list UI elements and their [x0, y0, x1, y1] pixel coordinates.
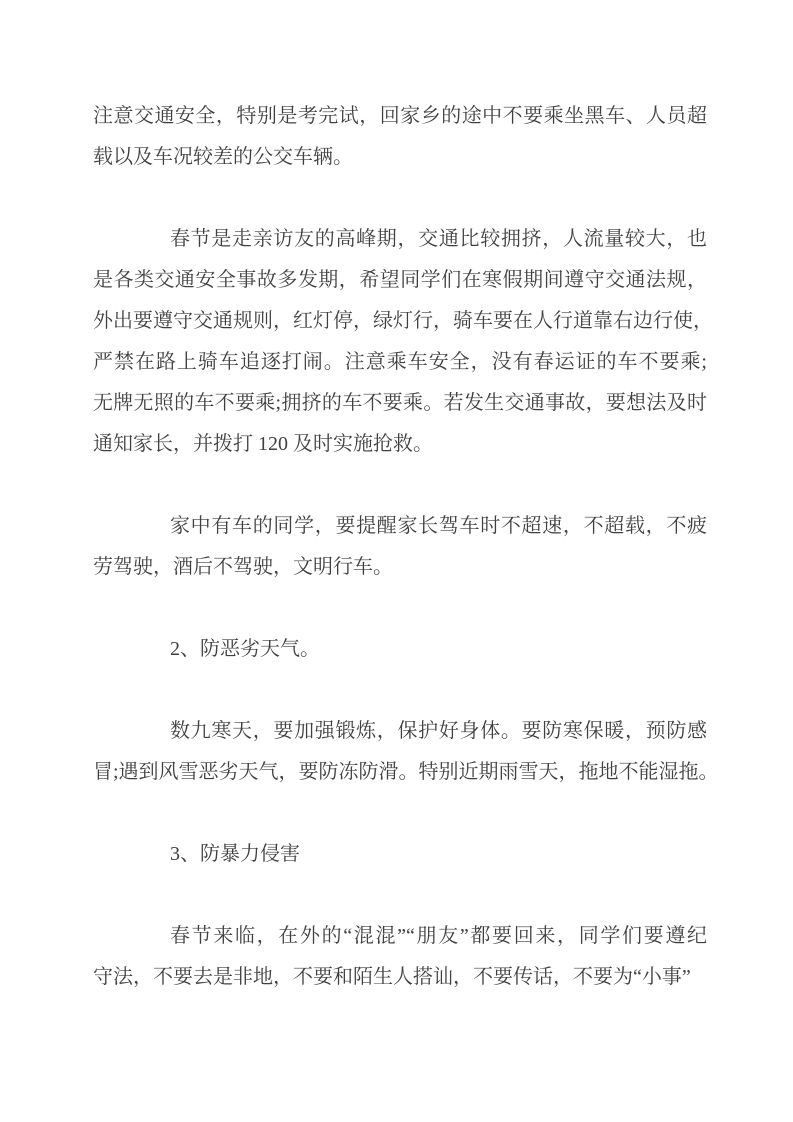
paragraph: 数九寒天，要加强锻炼，保护好身体。要防寒保暖，预防感冒;遇到风雪恶劣天气，要防冻… — [93, 711, 707, 793]
paragraph: 家中有车的同学，要提醒家长驾车时不超速，不超载，不疲劳驾驶，酒后不驾驶，文明行车… — [93, 506, 707, 588]
document-body: 注意交通安全，特别是考完试，回家乡的途中不要乘坐黑车、人员超载以及车况较差的公交… — [0, 0, 793, 998]
text-line: 劳驾驶，酒后不驾驶，文明行车。 — [93, 547, 707, 588]
text-line: 守法，不要去是非地，不要和陌生人搭讪，不要传话，不要为“小事” — [93, 957, 707, 998]
paragraph: 春节是走亲访友的高峰期，交通比较拥挤，人流量较大，也是各类交通安全事故多发期，希… — [93, 219, 707, 465]
paragraph: 春节来临，在外的“混混”“朋友”都要回来，同学们要遵纪守法，不要去是非地，不要和… — [93, 916, 707, 998]
paragraph: 注意交通安全，特别是考完试，回家乡的途中不要乘坐黑车、人员超载以及车况较差的公交… — [93, 96, 707, 178]
text-line: 无牌无照的车不要乘;拥挤的车不要乘。若发生交通事故，要想法及时 — [93, 383, 707, 424]
text-line: 通知家长，并拨打 120 及时实施抢救。 — [93, 424, 707, 465]
text-line: 载以及车况较差的公交车辆。 — [93, 137, 707, 178]
text-line: 数九寒天，要加强锻炼，保护好身体。要防寒保暖，预防感 — [93, 711, 707, 752]
section-heading: 3、防暴力侵害 — [93, 834, 707, 875]
text-line: 是各类交通安全事故多发期，希望同学们在寒假期间遵守交通法规， — [93, 260, 707, 301]
text-line: 外出要遵守交通规则，红灯停，绿灯行，骑车要在人行道靠右边行使， — [93, 301, 707, 342]
text-line: 严禁在路上骑车追逐打闹。注意乘车安全，没有春运证的车不要乘; — [93, 342, 707, 383]
text-line: 家中有车的同学，要提醒家长驾车时不超速，不超载，不疲 — [93, 506, 707, 547]
section-heading: 2、防恶劣天气。 — [93, 629, 707, 670]
text-line: 冒;遇到风雪恶劣天气，要防冻防滑。特别近期雨雪天，拖地不能湿拖。 — [93, 752, 707, 793]
text-line: 注意交通安全，特别是考完试，回家乡的途中不要乘坐黑车、人员超 — [93, 96, 707, 137]
text-line: 3、防暴力侵害 — [93, 834, 707, 875]
text-line: 2、防恶劣天气。 — [93, 629, 707, 670]
text-line: 春节是走亲访友的高峰期，交通比较拥挤，人流量较大，也 — [93, 219, 707, 260]
text-line: 春节来临，在外的“混混”“朋友”都要回来，同学们要遵纪 — [93, 916, 707, 957]
document-page: 注意交通安全，特别是考完试，回家乡的途中不要乘坐黑车、人员超载以及车况较差的公交… — [0, 0, 793, 1122]
